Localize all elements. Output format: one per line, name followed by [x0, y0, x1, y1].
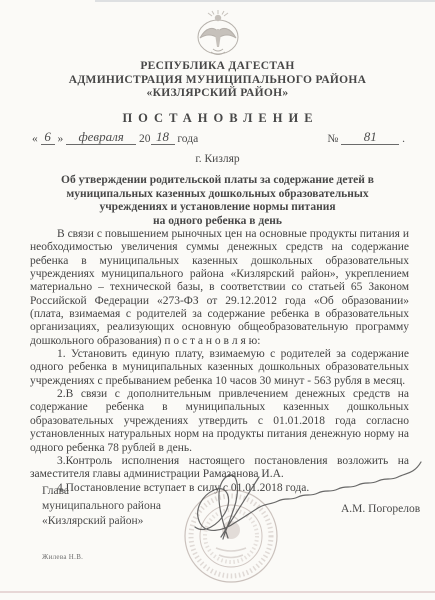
- letterhead-administration: АДМИНИСТРАЦИЯ МУНИЦИПАЛЬНОГО РАЙОНА: [0, 74, 435, 88]
- decree-title-line: муниципальных казенных дошкольных образо…: [0, 188, 435, 202]
- paragraph-preamble: В связи с повышением рыночных цен на осн…: [30, 228, 409, 348]
- date-close-quote: »: [58, 133, 64, 145]
- document-type-heading: ПОСТАНОВЛЕНИЕ: [0, 111, 435, 126]
- letterhead-district: «КИЗЛЯРСКИЙ РАЙОН»: [0, 87, 435, 101]
- decree-title-line: Об утверждении родительской платы за сод…: [0, 174, 435, 188]
- number-label: №: [327, 133, 338, 145]
- decree-title-line: на одного ребенка в день: [0, 215, 435, 229]
- signatory-name: А.М. Погорелов: [341, 503, 420, 515]
- year-printed: 20: [139, 133, 151, 145]
- decree-body: В связи с повышением рыночных цен на осн…: [30, 228, 409, 495]
- handwritten-year: 18: [156, 129, 169, 144]
- paragraph-item-3: 3.Контроль исполнения настоящего постано…: [30, 455, 409, 482]
- letterhead-republic: РЕСПУБЛИКА ДАГЕСТАН: [0, 60, 435, 74]
- executor-note: Жилева Н.В.: [42, 553, 83, 561]
- date-open-quote: «: [32, 133, 38, 145]
- handwritten-day: 6: [44, 129, 51, 144]
- round-official-seal-icon: [185, 490, 277, 582]
- city-line: г. Кизляр: [0, 153, 435, 165]
- signatory-position-line: Глава: [42, 484, 161, 499]
- signatory-position-line: муниципального района: [42, 499, 161, 514]
- decree-title: Об утверждении родительской платы за сод…: [0, 174, 435, 228]
- date-field: « 6 » февраля 2018 года: [32, 131, 198, 145]
- scan-artifact-bottom-line: [0, 591, 435, 593]
- signatory-position-line: «Кизлярский район»: [42, 514, 161, 529]
- number-period: .: [402, 133, 405, 145]
- scan-artifact-top-line: [95, 0, 435, 2]
- handwritten-month: февраля: [78, 129, 123, 144]
- year-word: года: [177, 133, 198, 145]
- signatory-position: Глава муниципального района «Кизлярский …: [42, 484, 161, 529]
- paragraph-item-2: 2.В связи с дополнительным привлечением …: [30, 388, 409, 455]
- dagestan-coat-of-arms-icon: [187, 9, 249, 64]
- letterhead: РЕСПУБЛИКА ДАГЕСТАН АДМИНИСТРАЦИЯ МУНИЦИ…: [0, 60, 435, 101]
- handwritten-number: 81: [364, 129, 377, 144]
- date-number-line: « 6 » февраля 2018 года № 81 .: [32, 131, 405, 145]
- scanned-decree-document: РЕСПУБЛИКА ДАГЕСТАН АДМИНИСТРАЦИЯ МУНИЦИ…: [0, 0, 435, 600]
- decree-title-line: учреждениях и установление нормы питания: [0, 201, 435, 215]
- paragraph-item-1: 1. Установить единую плату, взимаемую с …: [30, 348, 409, 388]
- number-field: № 81 .: [327, 131, 405, 145]
